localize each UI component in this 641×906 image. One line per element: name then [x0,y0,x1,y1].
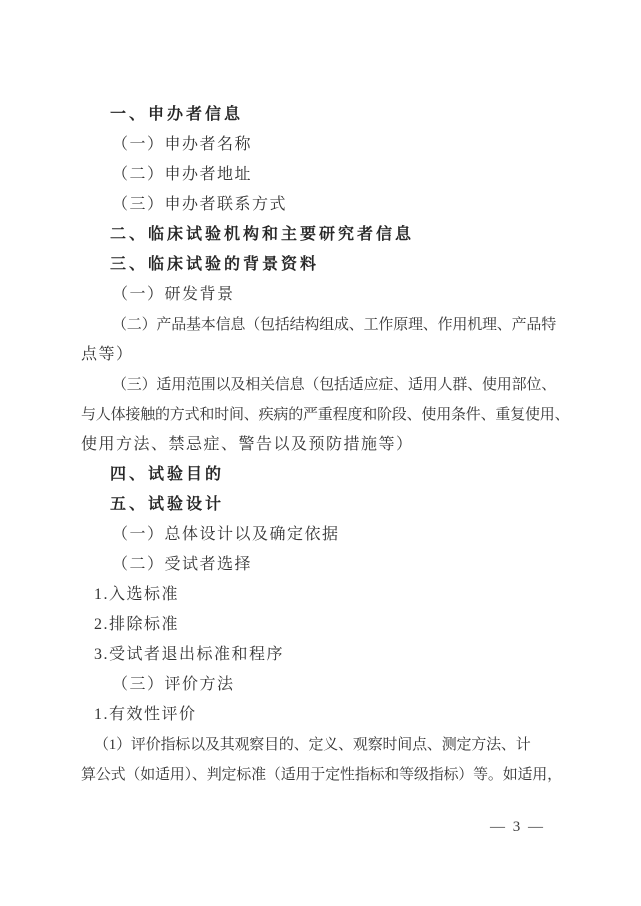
section-heading: 五、试验设计 [81,490,611,520]
text-line: （一）研发背景 [81,280,611,310]
page-number: — 3 — [490,812,545,842]
document-page: 一、申办者信息（一）申办者名称（二）申办者地址（三）申办者联系方式二、临床试验机… [0,0,641,906]
section-heading: 一、申办者信息 [81,100,611,130]
text-line: （三）适用范围以及相关信息（包括适应症、适用人群、使用部位、 [81,370,611,400]
section-heading: 四、试验目的 [81,460,611,490]
text-line: （二）申办者地址 [81,160,611,190]
text-line: 使用方法、禁忌症、警告以及预防措施等） [81,430,611,460]
text-line: 与人体接触的方式和时间、疾病的严重程度和阶段、使用条件、重复使用、 [81,400,611,430]
text-line: 点等） [81,340,611,370]
section-heading: 二、临床试验机构和主要研究者信息 [81,220,611,250]
text-line: （二）产品基本信息（包括结构组成、工作原理、作用机理、产品特 [81,310,611,340]
text-line: （1）评价指标以及其观察目的、定义、观察时间点、测定方法、计 [81,730,611,760]
text-line: 2.排除标准 [81,610,611,640]
text-line: （一）申办者名称 [81,130,611,160]
text-line: 1.有效性评价 [81,700,611,730]
text-line: （二）受试者选择 [81,550,611,580]
text-line: 算公式（如适用）、判定标准（适用于定性指标和等级指标）等。如适用， [81,760,611,790]
text-line: （一）总体设计以及确定依据 [81,520,611,550]
document-lines: 一、申办者信息（一）申办者名称（二）申办者地址（三）申办者联系方式二、临床试验机… [81,100,611,790]
text-line: 1.入选标准 [81,580,611,610]
text-line: （三）评价方法 [81,670,611,700]
text-line: （三）申办者联系方式 [81,190,611,220]
section-heading: 三、临床试验的背景资料 [81,250,611,280]
text-line: 3.受试者退出标准和程序 [81,640,611,670]
